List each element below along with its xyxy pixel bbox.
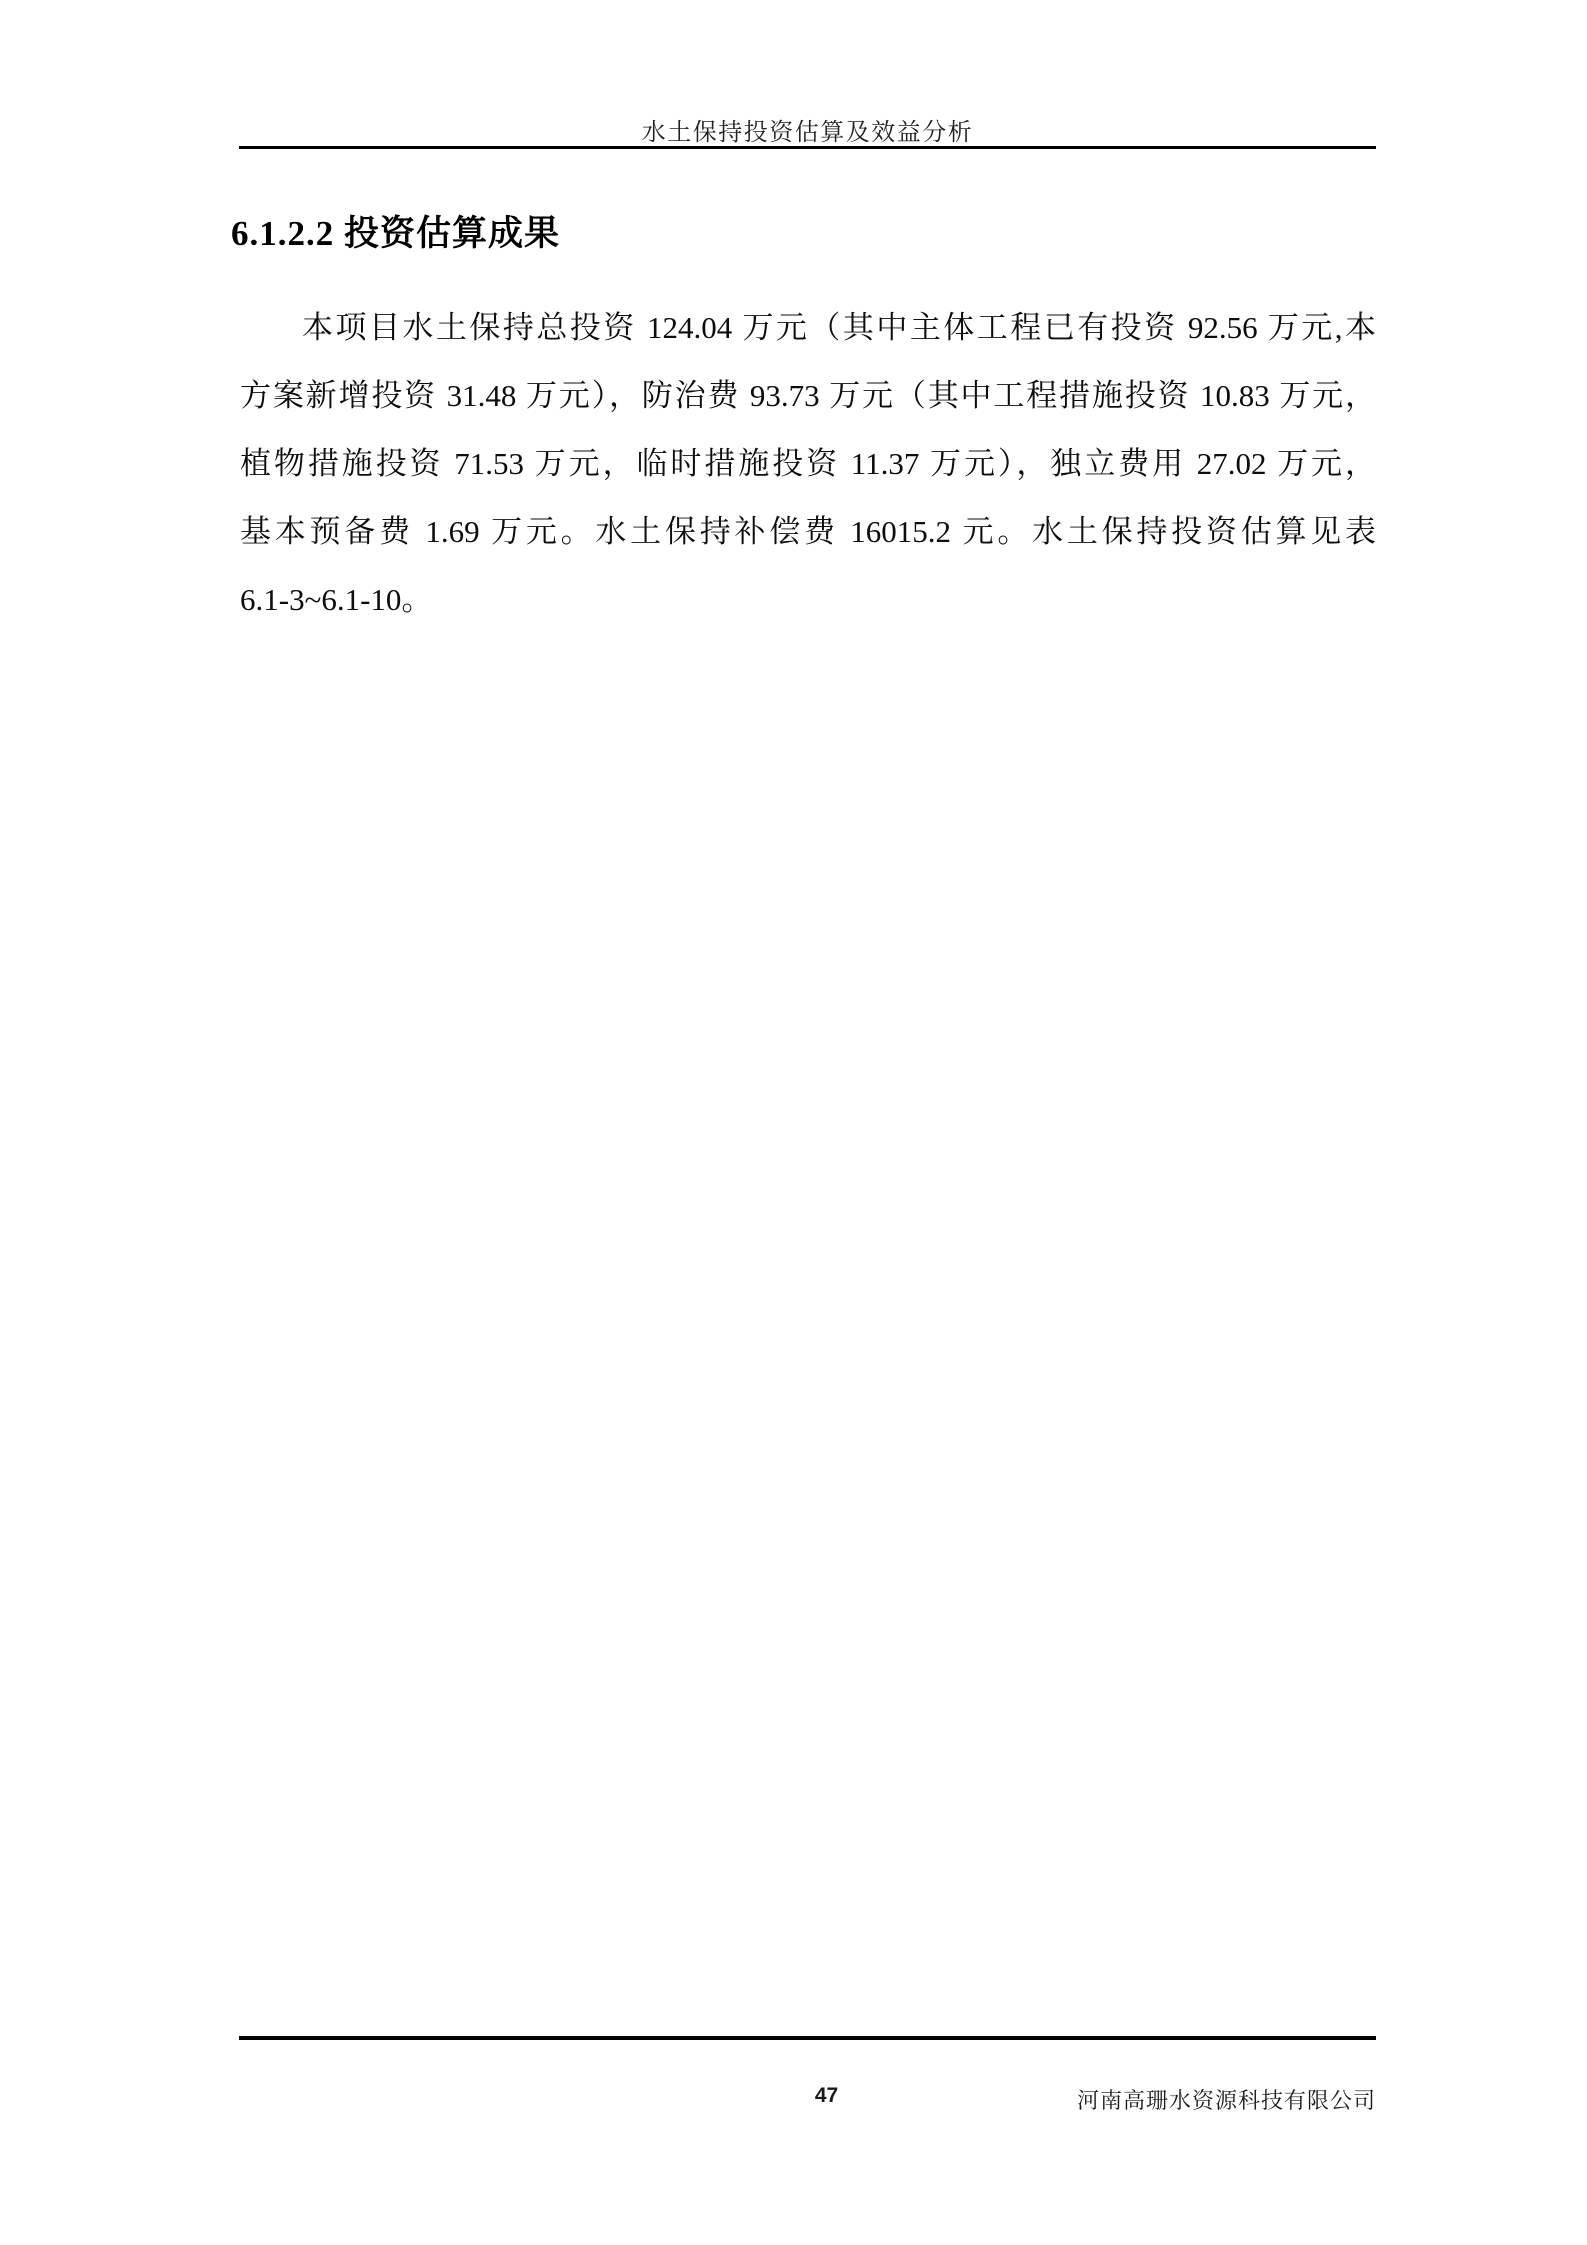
footer-company-name: 河南高珊水资源科技有限公司: [1077, 2084, 1376, 2115]
body-paragraph: 本项目水土保持总投资 124.04 万元（其中主体工程已有投资 92.56 万元…: [240, 294, 1376, 634]
paragraph-line-2: 方案新增投资 31.48 万元），防治费 93.73 万元（其中工程措施投资 1…: [240, 362, 1376, 430]
header-title: 水土保持投资估算及效益分析: [239, 112, 1376, 147]
section-heading: 6.1.2.2 投资估算成果: [231, 206, 560, 256]
footer-divider: [239, 2036, 1376, 2040]
paragraph-line-3: 植物措施投资 71.53 万元，临时措施投资 11.37 万元），独立费用 27…: [240, 430, 1376, 498]
document-page: 水土保持投资估算及效益分析 6.1.2.2 投资估算成果 本项目水土保持总投资 …: [0, 0, 1587, 2245]
paragraph-line-1: 本项目水土保持总投资 124.04 万元（其中主体工程已有投资 92.56 万元…: [240, 294, 1376, 362]
paragraph-line-4: 基本预备费 1.69 万元。水土保持补偿费 16015.2 元。水土保持投资估算…: [240, 498, 1376, 566]
paragraph-line-5: 6.1-3~6.1-10。: [240, 566, 1376, 634]
header-divider: [239, 146, 1376, 149]
